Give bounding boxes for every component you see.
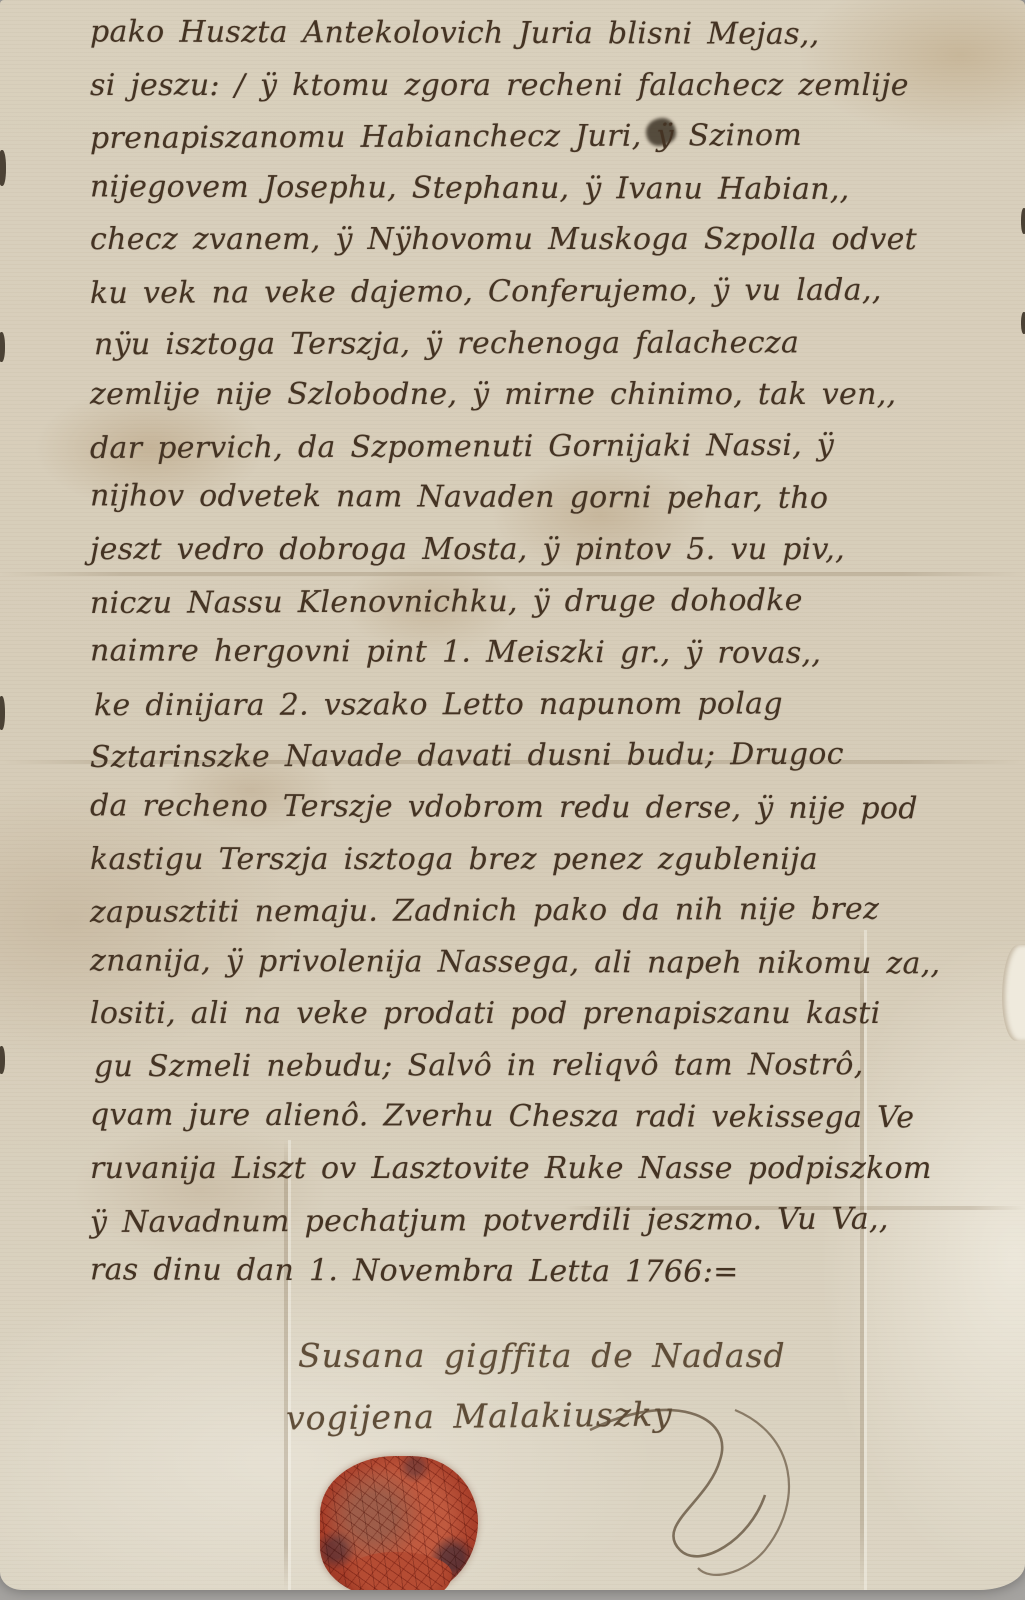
manuscript-line: Sztarinszke Navade davati dusni budu; Dr… <box>90 728 1017 784</box>
manuscript-line: lositi, ali na veke prodati pod prenapis… <box>90 988 1017 1040</box>
signature-flourish <box>560 1390 830 1590</box>
edge-mark <box>1021 208 1025 234</box>
manuscript-line: da recheno Terszje vdobrom redu derse, ÿ… <box>90 780 1017 835</box>
wax-seal <box>320 1456 478 1590</box>
manuscript-line: niczu Nassu Klenovnichku, ÿ druge dohodk… <box>90 574 1017 630</box>
signature-line: Susana gigffita de Nadasd <box>298 1326 786 1386</box>
edge-mark <box>0 1046 5 1074</box>
manuscript-line: nijhov odvetek nam Navaden gorni pehar, … <box>90 471 1017 526</box>
manuscript-line: ke dinijara 2. vszako Letto napunom pola… <box>94 678 1021 732</box>
edge-mark <box>0 150 6 186</box>
manuscript-line: kastigu Terszja isztoga brez penez zgubl… <box>90 834 1017 886</box>
manuscript-line: ÿ Navadnum pechatjum potverdili jeszmo. … <box>90 1193 1017 1249</box>
manuscript-line: gu Szmeli nebudu; Salvô in reliqvô tam N… <box>94 1039 1021 1093</box>
paper-sheet: pako Huszta Antekolovich Juria blisni Me… <box>0 0 1025 1590</box>
edge-mark <box>1021 312 1025 334</box>
manuscript-line: prenapiszanomu Habianchecz Juri, ÿ Szino… <box>90 109 1017 165</box>
manuscript-line: dar pervich, da Szpomenuti Gornijaki Nas… <box>90 419 1017 475</box>
manuscript-line: checz zvanem, ÿ Nÿhovomu Muskoga Szpolla… <box>90 214 1017 266</box>
manuscript-scan: pako Huszta Antekolovich Juria blisni Me… <box>0 0 1025 1600</box>
manuscript-line: naimre hergovni pint 1. Meiszki gr., ÿ r… <box>90 626 1017 681</box>
manuscript-line: pako Huszta Antekolovich Juria blisni Me… <box>90 6 1017 61</box>
manuscript-line: znanija, ÿ privolenija Nassega, ali nape… <box>90 935 1017 990</box>
manuscript-line: jeszt vedro dobroga Mosta, ÿ pintov 5. v… <box>90 524 1017 576</box>
edge-mark <box>0 696 5 730</box>
edge-mark <box>0 332 5 362</box>
manuscript-line: qvam jure alienô. Zverhu Chesza radi vek… <box>90 1090 1017 1145</box>
manuscript-line: nijegovem Josephu, Stephanu, ÿ Ivanu Hab… <box>90 161 1017 216</box>
manuscript-line: ruvanija Liszt ov Lasztovite Ruke Nasse … <box>90 1143 1017 1195</box>
manuscript-text: pako Huszta Antekolovich Juria blisni Me… <box>90 8 1017 1298</box>
manuscript-line: zemlije nije Szlobodne, ÿ mirne chinimo,… <box>90 369 1017 421</box>
manuscript-line: zapusztiti nemaju. Zadnich pako da nih n… <box>90 883 1017 939</box>
manuscript-line: nÿu isztoga Terszja, ÿ rechenoga falache… <box>94 316 1021 370</box>
manuscript-line: ku vek na veke dajemo, Conferujemo, ÿ vu… <box>90 264 1017 320</box>
manuscript-line: ras dinu dan 1. Novembra Letta 1766:= <box>90 1245 1017 1300</box>
manuscript-line: si jeszu: / ÿ ktomu zgora recheni falach… <box>90 60 1017 112</box>
